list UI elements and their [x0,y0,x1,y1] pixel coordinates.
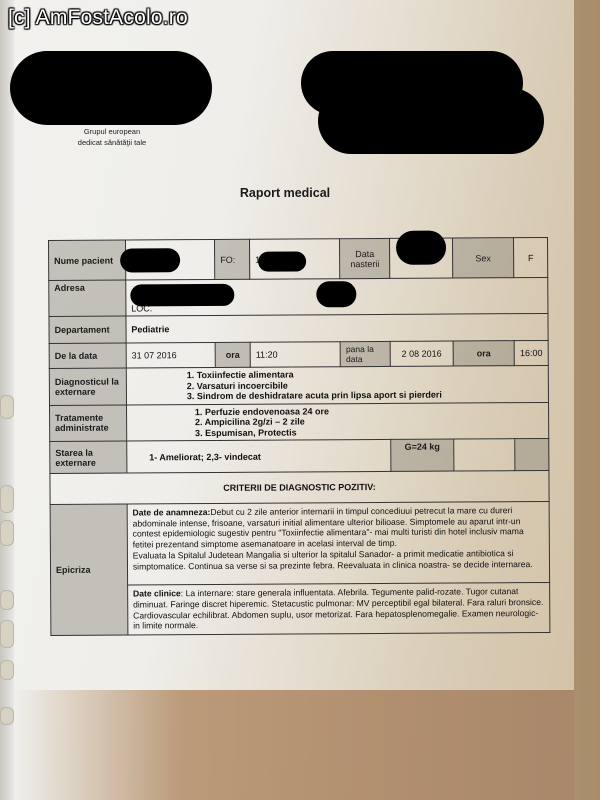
fo-value: 1 [249,239,340,280]
criteria-heading: CRITERII DE DIAGNOSTIC POZITIV: [50,470,549,504]
redacted-header-right [318,88,544,154]
discharge-value: 1- Ameliorat; 2,3- vindecat [127,439,391,473]
treatment-item: 3. Espumisan, Protectis [195,425,543,438]
clinice-paragraph: Date clinice: La internare: stare genera… [127,583,549,635]
table-row: Epicriza Date de anamneza:Debut cu 2 zil… [50,501,549,585]
binder-hole [0,395,14,419]
diagnosis-item: 3. Sindrom de deshidratare acuta prin li… [187,389,543,402]
binder-hole [0,590,14,610]
anamneza-paragraph: Date de anamneza:Debut cu 2 zile anterio… [127,501,550,585]
evaluare-text: Evaluata la Spitalul Judetean Mangalia s… [133,548,533,571]
name-label: Nume pacient [49,240,126,280]
table-row: Departament Pediatrie [49,313,548,343]
name-value-redacted [125,239,215,280]
redacted-logo [10,51,212,125]
table-row: Starea la externare 1- Ameliorat; 2,3- v… [50,438,549,473]
binder-hole [0,485,14,513]
watermark: [c] AmFostAcolo.ro [8,6,188,30]
discharge-label: Starea la externare [50,441,127,473]
to-time-value: 16:00 [514,340,548,365]
department-label: Departament [49,316,126,343]
clinice-text: : La internare: stare generala influenta… [133,586,543,630]
dob-label: Data nasterii [340,238,390,278]
from-date-value: 31 07 2016 [126,342,215,368]
sex-label: Sex [452,238,514,278]
to-time-label: ora [453,341,515,366]
epicriza-label: Epicriza [50,504,128,635]
to-date-label: pana la data [340,341,390,366]
weight-value: G=24 kg [391,439,454,471]
tagline-line-1: Grupul european [62,126,162,137]
fo-label: FO: [215,239,250,279]
dob-value-redacted [390,238,453,278]
from-time-value: 11:20 [250,342,340,368]
table-row: De la data 31 07 2016 ora 11:20 pana la … [49,340,548,368]
clinice-label: Date clinice [133,588,181,598]
binder-hole [0,660,14,680]
medical-report-table: Nume pacient FO: 1 Data nasterii Sex F A… [48,237,550,636]
from-date-label: De la data [49,343,126,368]
table-row: CRITERII DE DIAGNOSTIC POZITIV: [50,470,549,504]
table-row: Adresa LOC. [49,277,548,316]
treatments-list: 1. Perfuzie endovenoasa 24 ore 2. Ampici… [126,402,548,441]
table-row: Nume pacient FO: 1 Data nasterii Sex F [49,237,548,280]
table-row: Tratamente administrate 1. Perfuzie endo… [50,402,549,442]
sex-value: F [514,237,548,277]
binder-hole [0,520,14,546]
to-date-value: 2 08 2016 [390,341,453,366]
address-value: LOC. [126,277,548,316]
tagline: Grupul european dedicat sănătăţii tale [62,126,162,148]
anamneza-label: Date de anamneza: [132,507,210,517]
treatments-label: Tratamente administrate [50,405,127,442]
page-title: Raport medical [200,186,370,200]
tagline-line-2: dedicat sănătăţii tale [62,137,162,148]
department-value: Pediatrie [126,313,548,343]
empty-cell [453,439,515,471]
table-row: Diagnosticul la externare 1. Toxiinfecti… [49,365,548,405]
binder-hole [0,620,14,648]
diagnosis-label: Diagnosticul la externare [49,368,126,405]
address-label: Adresa [49,280,126,316]
binder-hole [0,707,14,725]
diagnosis-list: 1. Toxiinfectie alimentara 2. Varsaturi … [126,365,548,404]
from-time-label: ora [215,342,250,367]
empty-shaded-cell [515,438,549,470]
